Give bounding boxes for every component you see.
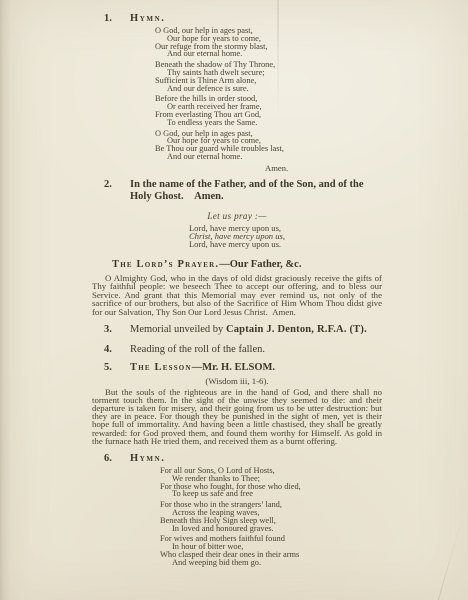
lesson-reference: (Wisdom iii, 1-6).: [92, 376, 382, 386]
section-number: 2.: [92, 179, 130, 191]
section-hymn-6: 6. Hymn.: [92, 453, 382, 465]
hymn-line: In loved and honoured graves.: [160, 525, 382, 533]
section-number: 5.: [92, 362, 130, 374]
section-number: 4.: [92, 344, 130, 356]
hymn-1-verses: O God, our help in ages past, Our hope f…: [155, 27, 382, 172]
lesson-reader: —Mr. H. ELSOM.: [192, 362, 275, 373]
hymn-line: And our eternal home.: [155, 50, 382, 58]
section-lesson: 5. The Lesson—Mr. H. ELSOM.: [92, 362, 382, 375]
hymn-line: And our defence is sure.: [155, 85, 382, 93]
section-invocation: 2. In the name of the Father, and of the…: [92, 179, 382, 204]
order-of-service-page: 1. Hymn. O God, our help in ages past, O…: [0, 0, 468, 600]
lords-prayer-heading: The Lord’s Prayer.—Our Father, &c.: [92, 259, 382, 271]
unveiling-officer-name: Captain J. Denton, R.F.A. (T).: [226, 324, 367, 335]
section-number: 3.: [92, 324, 130, 336]
hymn-verse: For all our Sons, O Lord of Hosts, We re…: [160, 467, 382, 498]
hymn-line: And weeping bid them go.: [160, 559, 382, 567]
section-roll-call: 4. Reading of the roll of the fallen.: [92, 344, 382, 357]
kyrie-line: Lord, have mercy upon us.: [189, 240, 285, 248]
lords-prayer-rest: —Our Father, &c.: [219, 259, 301, 270]
hymn-line: To keep us safe and free: [160, 490, 382, 498]
lords-prayer-title: The Lord’s Prayer.: [112, 259, 219, 270]
lesson-paragraph: But the souls of the righteous are in th…: [92, 388, 382, 445]
hymn-verse: O God, our help in ages past, Our hope f…: [155, 130, 382, 161]
collect-paragraph: O Almighty God, who in the days of old d…: [92, 274, 382, 317]
hymn-verse: For those who in the strangers’ land, Ac…: [160, 501, 382, 532]
hymn-verse: O God, our help in ages past, Our hope f…: [155, 27, 382, 58]
hymn-verse: For wives and mothers faithful found In …: [160, 535, 382, 566]
section-title: Hymn.: [130, 453, 166, 465]
section-unveiling: 3. Memorial unveiled by Captain J. Dento…: [92, 324, 382, 337]
hymn-verse: Before the hills in order stood, Or eart…: [155, 95, 382, 126]
section-hymn-1: 1. Hymn.: [92, 13, 382, 25]
section-number: 6.: [92, 453, 130, 465]
invocation-text: In the name of the Father, and of the So…: [130, 179, 382, 204]
section-number: 1.: [92, 13, 130, 25]
unveiling-text: Memorial unveiled by: [130, 324, 226, 335]
hymn-6-verses: For all our Sons, O Lord of Hosts, We re…: [160, 467, 382, 567]
rubric-let-us-pray: Let us pray :—: [92, 211, 382, 221]
hymn-verse: Beneath the shadow of Thy Throne, Thy sa…: [155, 61, 382, 92]
roll-call-text: Reading of the roll of the fallen.: [130, 344, 382, 357]
page-content: 1. Hymn. O God, our help in ages past, O…: [0, 0, 468, 567]
lesson-title: The Lesson: [130, 362, 192, 373]
section-title: Hymn.: [130, 13, 166, 25]
kyrie-block: Lord, have mercy upon us, Christ, have m…: [92, 224, 382, 252]
hymn-line: And our eternal home.: [155, 153, 382, 161]
hymn-amen: Amen.: [155, 164, 382, 172]
hymn-line: To endless years the Same.: [155, 119, 382, 127]
